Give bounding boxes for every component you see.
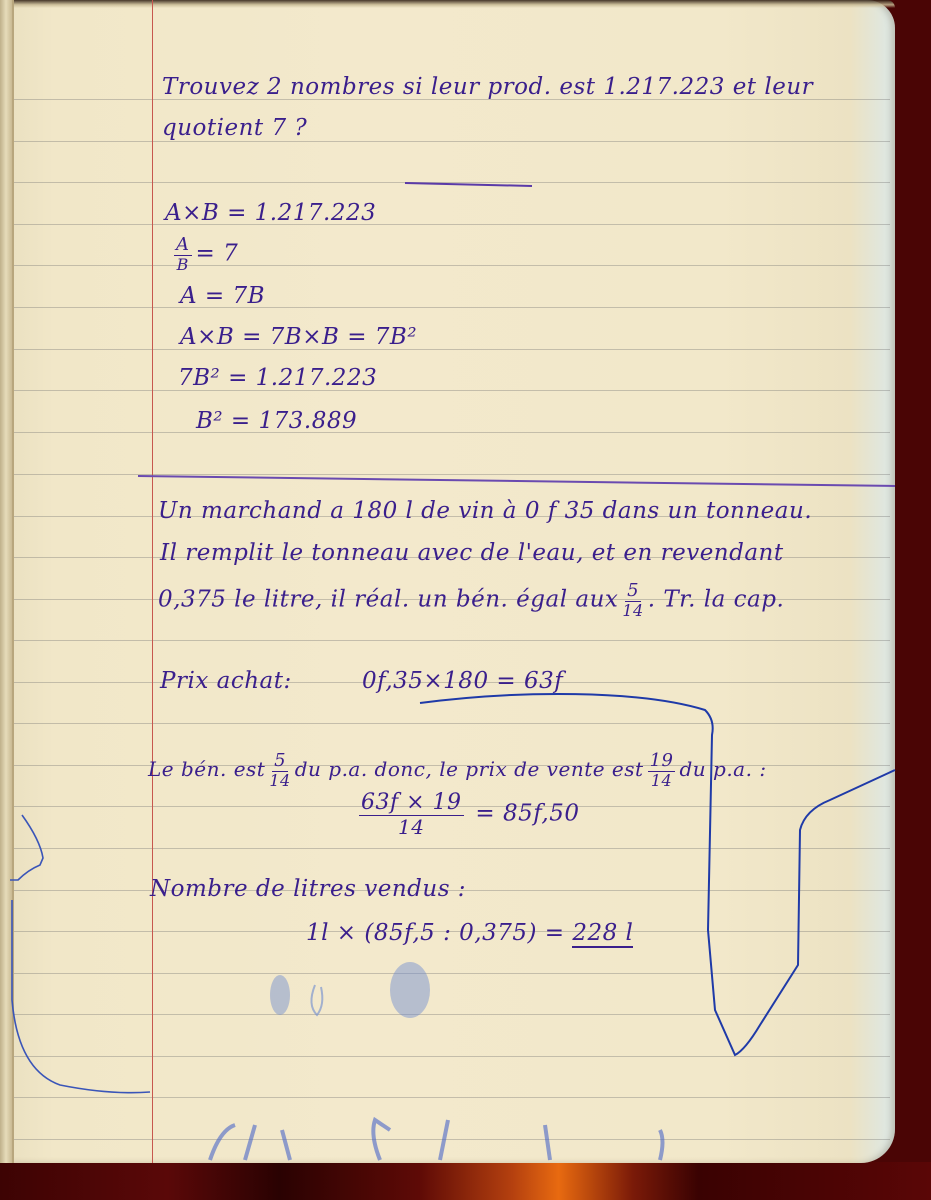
ink-strokes bbox=[0, 0, 931, 1200]
ballpoint-doodle-left bbox=[10, 815, 150, 1093]
notebook-page: Trouvez 2 nombres si leur prod. est 1.21… bbox=[0, 0, 895, 1163]
section-divider bbox=[138, 476, 895, 486]
ballpoint-doodle bbox=[420, 694, 895, 1055]
ink-bleed bbox=[210, 1120, 663, 1160]
ink-smudge bbox=[270, 975, 290, 1015]
short-divider bbox=[405, 183, 532, 186]
ink-smudge bbox=[311, 985, 322, 1015]
ink-smudge bbox=[390, 962, 430, 1018]
